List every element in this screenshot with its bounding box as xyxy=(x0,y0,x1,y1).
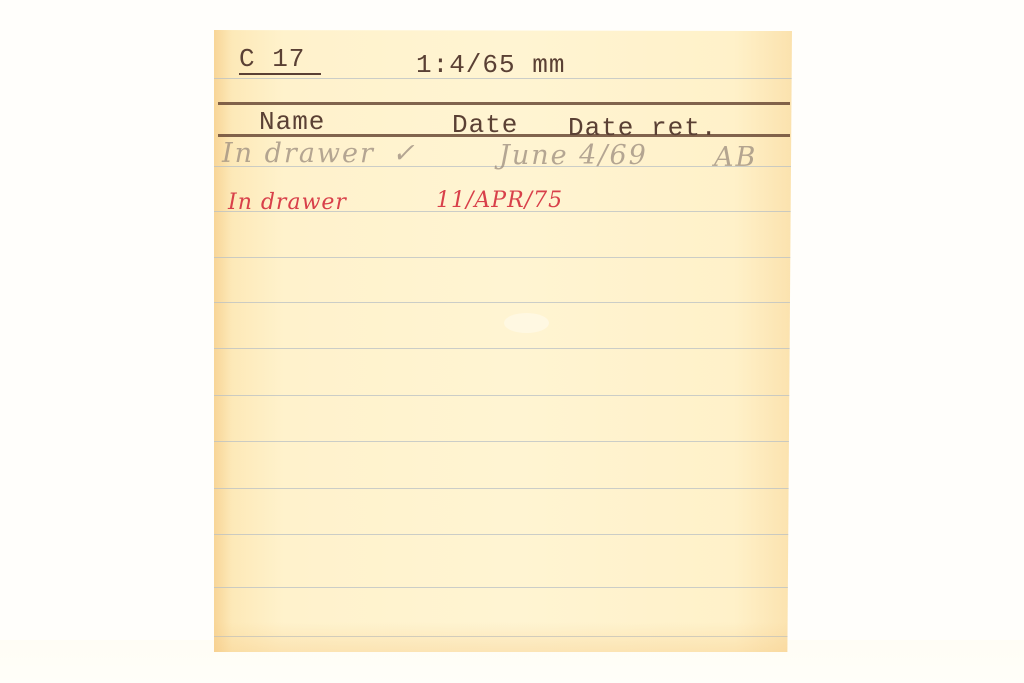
column-header-date-returned: Date ret. xyxy=(568,113,717,143)
ruled-line xyxy=(214,302,792,303)
entry-1-check: ✓ xyxy=(392,138,417,169)
ruled-line xyxy=(214,587,792,588)
column-header-date: Date xyxy=(452,110,518,140)
ruled-line xyxy=(214,395,792,396)
entry-1-name: In drawer xyxy=(222,138,375,169)
entry-1-date: June 4/69 xyxy=(499,140,648,171)
header-top-rule xyxy=(218,102,790,105)
column-header-name: Name xyxy=(259,107,325,137)
entry-2-date: 11/APR/75 xyxy=(436,188,563,213)
ruled-line xyxy=(214,488,792,489)
ruled-line xyxy=(214,534,792,535)
entry-2-name: In drawer xyxy=(228,190,347,215)
paper-spot xyxy=(504,313,549,333)
catalog-number-underline xyxy=(239,73,321,75)
index-card: C 17 1:4/65 mm Name Date Date ret. In dr… xyxy=(214,30,792,652)
ruled-line xyxy=(214,636,792,637)
ruled-line xyxy=(214,257,792,258)
lens-spec: 1:4/65 mm xyxy=(416,50,565,80)
ruled-line xyxy=(214,348,792,349)
ruled-line xyxy=(214,441,792,442)
entry-1-initials: AB xyxy=(714,142,757,173)
catalog-number: C 17 xyxy=(239,44,305,74)
